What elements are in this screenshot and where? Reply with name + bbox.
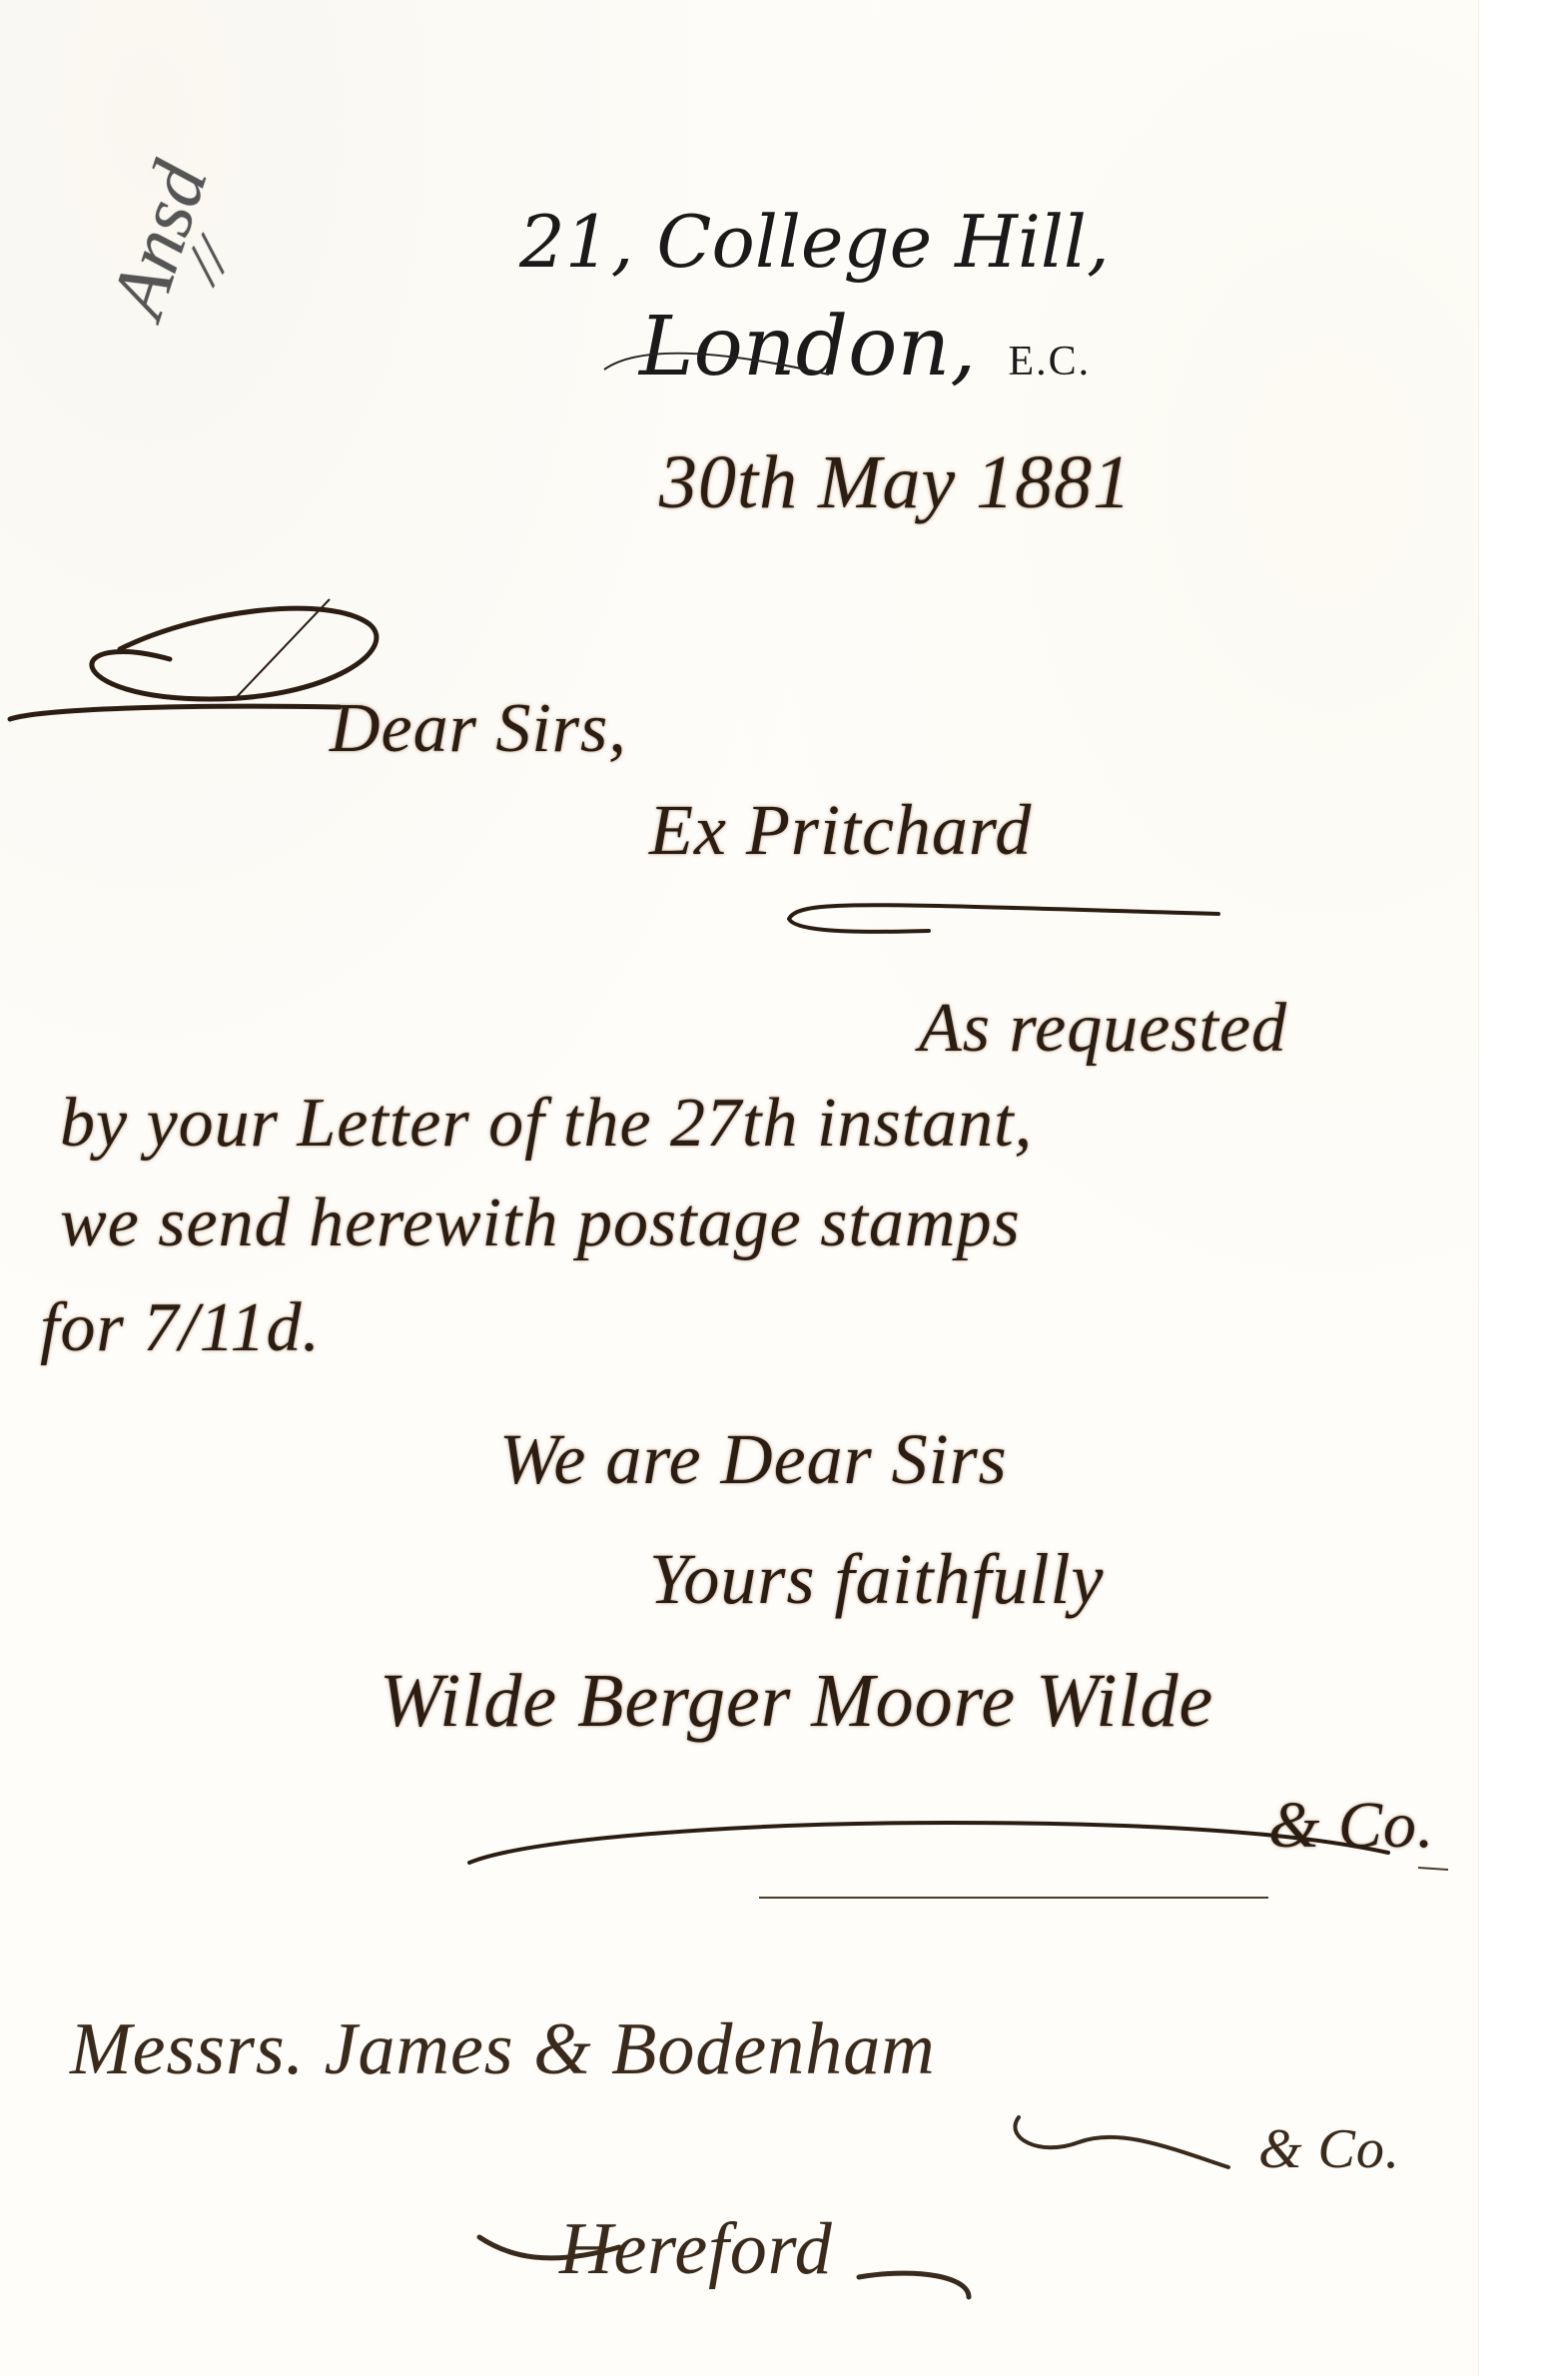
body-line-4: for 7/11d. (40, 1288, 321, 1368)
subject-line: Ex Pritchard (649, 789, 1032, 872)
date-month: May (818, 440, 956, 524)
hereford-flourish (469, 2217, 1009, 2307)
page-edge (1478, 0, 1568, 2376)
body-line-1: As requested (919, 989, 1287, 1069)
body-line-2: by your Letter of the 27th instant, (60, 1084, 1033, 1164)
letterhead-district: E.C. (1008, 339, 1091, 385)
letterhead-street: 21, College Hill, (519, 200, 1110, 284)
addressee-suffix: & Co. (1258, 2117, 1400, 2181)
closing-line-2: Yours faithfully (649, 1538, 1104, 1621)
salutation: Dear Sirs, (330, 689, 627, 769)
subject-underline (769, 889, 1238, 939)
addressee-flourish (999, 2097, 1258, 2177)
closing-line-1: We are Dear Sirs (499, 1418, 1008, 1501)
signature-underline (449, 1808, 1448, 1918)
date-day: 30th (659, 440, 798, 524)
date-year: 1881 (976, 440, 1132, 524)
letterhead-flourish (599, 330, 839, 390)
signature: Wilde Berger Moore Wilde (380, 1658, 1213, 1745)
signature-firm: Wilde Berger Moore Wilde (380, 1659, 1213, 1743)
addressee-line-1: Messrs. James & Bodenham (70, 2007, 936, 2092)
body-line-3: we send herewith postage stamps (60, 1184, 1021, 1263)
letter-date: 30th May 1881 (659, 439, 1132, 526)
